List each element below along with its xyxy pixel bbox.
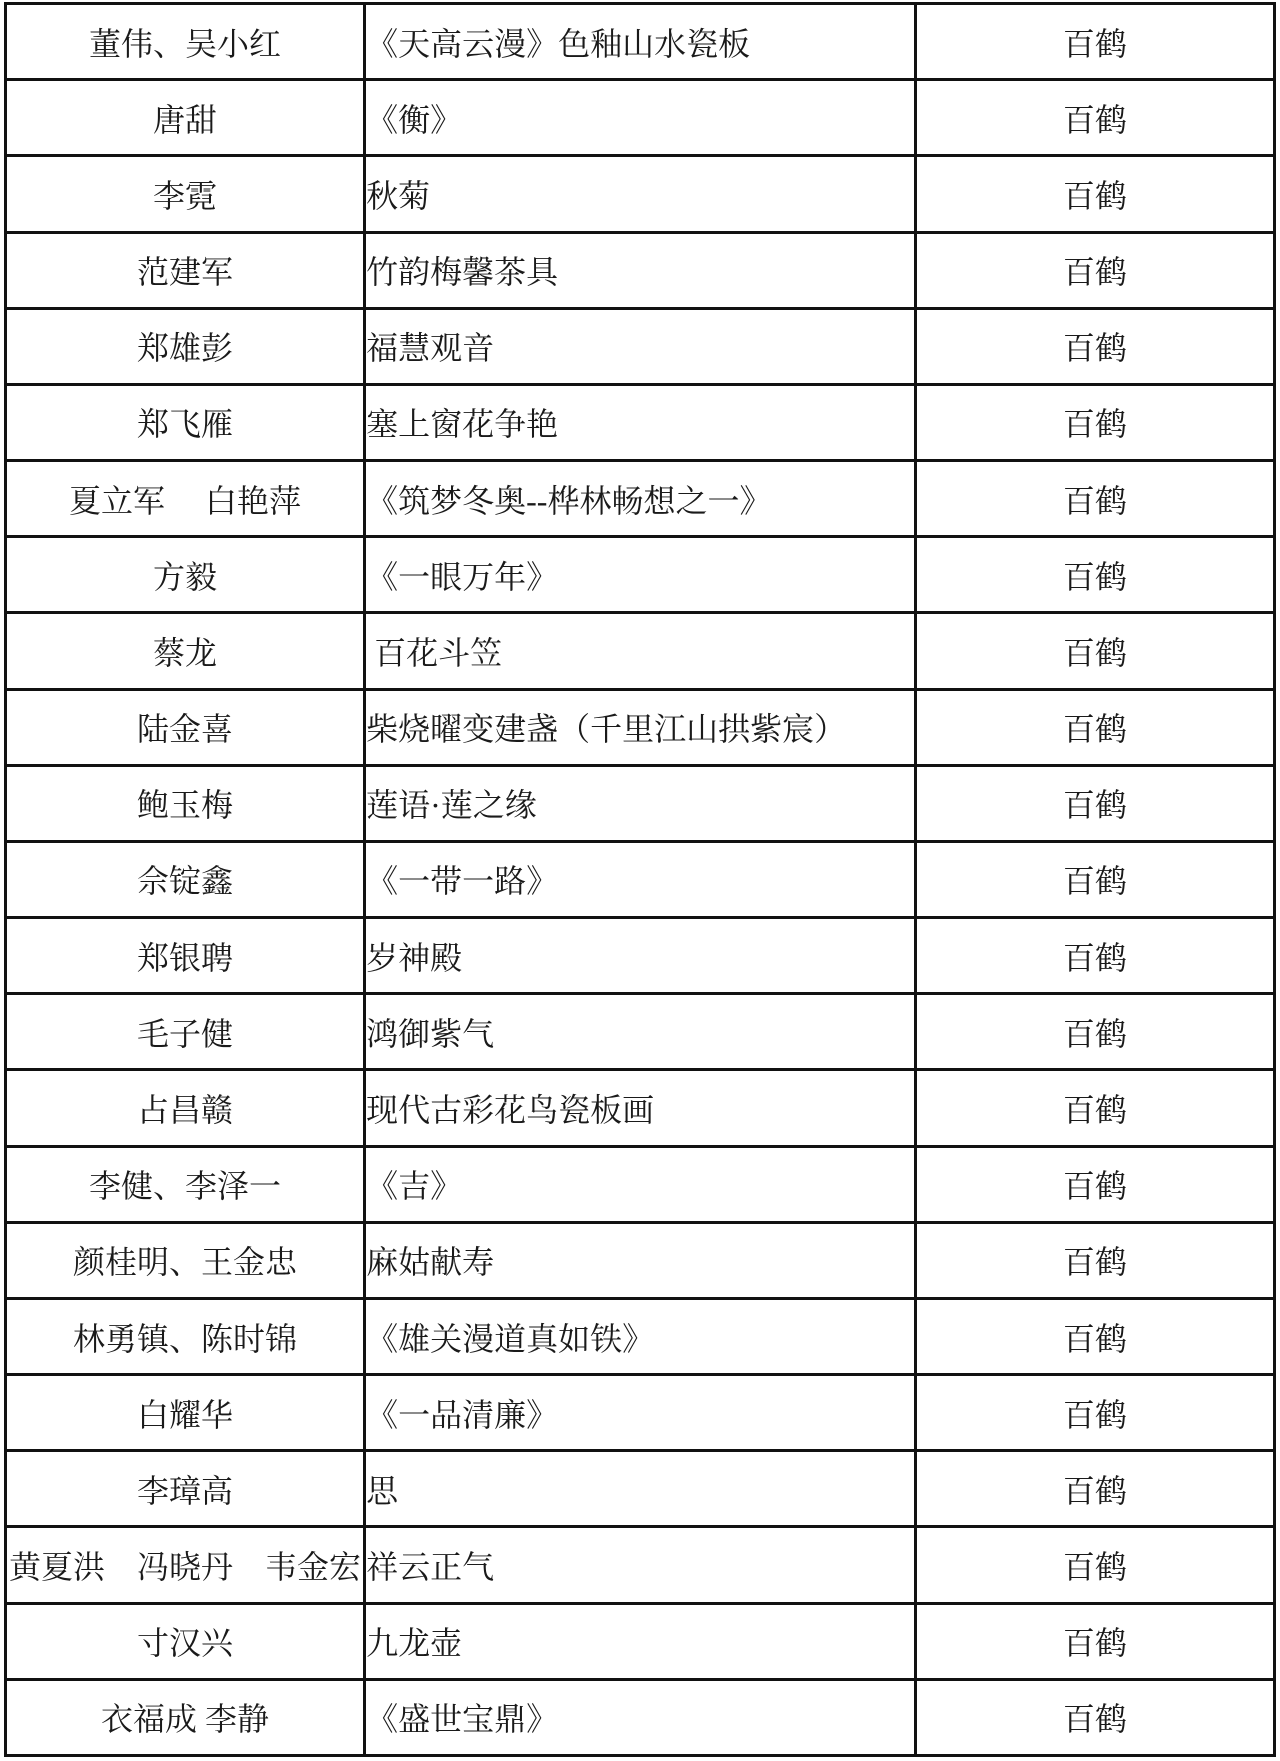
artist-name-cell: 寸汉兴 (6, 1603, 365, 1679)
artwork-title-cell: 祥云正气 (365, 1527, 916, 1603)
award-category-cell: 百鹤 (915, 4, 1274, 80)
award-category-cell: 百鹤 (915, 918, 1274, 994)
award-category-cell: 百鹤 (915, 156, 1274, 232)
table-row: 鲍玉梅 莲语·莲之缘 百鹤 (6, 765, 1275, 841)
artwork-title-cell: 福慧观音 (365, 308, 916, 384)
document-sheet: 董伟、吴小红 《天高云漫》色釉山水瓷板 百鹤 唐甜 《衡》 百鹤 李霓 秋菊 百… (4, 2, 1276, 1757)
artwork-title-cell: 《天高云漫》色釉山水瓷板 (365, 4, 916, 80)
award-category-cell: 百鹤 (915, 841, 1274, 917)
award-category-cell: 百鹤 (915, 994, 1274, 1070)
artwork-title-cell: 竹韵梅馨茶具 (365, 232, 916, 308)
table-row: 董伟、吴小红 《天高云漫》色釉山水瓷板 百鹤 (6, 4, 1275, 80)
table-row: 郑雄彭 福慧观音 百鹤 (6, 308, 1275, 384)
artwork-title-cell: 《筑梦冬奥--桦林畅想之一》 (365, 461, 916, 537)
artwork-title-cell: 《盛世宝鼎》 (365, 1679, 916, 1755)
award-category-cell: 百鹤 (915, 1070, 1274, 1146)
artist-name-cell: 李健、李泽一 (6, 1146, 365, 1222)
table-row: 黄夏洪 冯晓丹 韦金宏 祥云正气 百鹤 (6, 1527, 1275, 1603)
artist-name-cell: 唐甜 (6, 80, 365, 156)
artist-name-cell: 衣福成 李静 (6, 1679, 365, 1755)
table-row: 白耀华 《一品清廉》 百鹤 (6, 1375, 1275, 1451)
artwork-title-cell: 塞上窗花争艳 (365, 384, 916, 460)
award-category-cell: 百鹤 (915, 232, 1274, 308)
awards-table: 董伟、吴小红 《天高云漫》色釉山水瓷板 百鹤 唐甜 《衡》 百鹤 李霓 秋菊 百… (4, 2, 1276, 1757)
artist-name-cell: 夏立军 白艳萍 (6, 461, 365, 537)
artist-name-cell: 郑飞雁 (6, 384, 365, 460)
artwork-title-cell: 鸿御紫气 (365, 994, 916, 1070)
artist-name-cell: 蔡龙 (6, 613, 365, 689)
award-category-cell: 百鹤 (915, 613, 1274, 689)
award-category-cell: 百鹤 (915, 1603, 1274, 1679)
artwork-title-cell: 《吉》 (365, 1146, 916, 1222)
artwork-title-cell: 《一带一路》 (365, 841, 916, 917)
artwork-title-cell: 秋菊 (365, 156, 916, 232)
award-category-cell: 百鹤 (915, 1222, 1274, 1298)
award-category-cell: 百鹤 (915, 1146, 1274, 1222)
artist-name-cell: 范建军 (6, 232, 365, 308)
artwork-title-cell: 柴烧曜变建盏（千里江山拱紫宸） (365, 689, 916, 765)
award-category-cell: 百鹤 (915, 1679, 1274, 1755)
table-row: 李霓 秋菊 百鹤 (6, 156, 1275, 232)
award-category-cell: 百鹤 (915, 537, 1274, 613)
award-category-cell: 百鹤 (915, 80, 1274, 156)
table-row: 郑银聘 岁神殿 百鹤 (6, 918, 1275, 994)
artist-name-cell: 方毅 (6, 537, 365, 613)
table-row: 李健、李泽一 《吉》 百鹤 (6, 1146, 1275, 1222)
artist-name-cell: 陆金喜 (6, 689, 365, 765)
artist-name-cell: 林勇镇、陈时锦 (6, 1298, 365, 1374)
artist-name-cell: 郑雄彭 (6, 308, 365, 384)
table-row: 陆金喜 柴烧曜变建盏（千里江山拱紫宸） 百鹤 (6, 689, 1275, 765)
artwork-title-cell: 现代古彩花鸟瓷板画 (365, 1070, 916, 1146)
artist-name-cell: 颜桂明、王金忠 (6, 1222, 365, 1298)
award-category-cell: 百鹤 (915, 384, 1274, 460)
award-category-cell: 百鹤 (915, 461, 1274, 537)
artwork-title-cell: 麻姑献寿 (365, 1222, 916, 1298)
table-row: 衣福成 李静 《盛世宝鼎》 百鹤 (6, 1679, 1275, 1755)
artist-name-cell: 毛子健 (6, 994, 365, 1070)
artwork-title-cell: 莲语·莲之缘 (365, 765, 916, 841)
table-row: 寸汉兴 九龙壶 百鹤 (6, 1603, 1275, 1679)
award-category-cell: 百鹤 (915, 308, 1274, 384)
table-row: 李璋高 思 百鹤 (6, 1451, 1275, 1527)
artwork-title-cell: 思 (365, 1451, 916, 1527)
awards-table-body: 董伟、吴小红 《天高云漫》色釉山水瓷板 百鹤 唐甜 《衡》 百鹤 李霓 秋菊 百… (6, 4, 1275, 1756)
artist-name-cell: 董伟、吴小红 (6, 4, 365, 80)
award-category-cell: 百鹤 (915, 1451, 1274, 1527)
table-row: 颜桂明、王金忠 麻姑献寿 百鹤 (6, 1222, 1275, 1298)
table-row: 郑飞雁 塞上窗花争艳 百鹤 (6, 384, 1275, 460)
award-category-cell: 百鹤 (915, 765, 1274, 841)
artwork-title-cell: 《一品清廉》 (365, 1375, 916, 1451)
artist-name-cell: 佘锭鑫 (6, 841, 365, 917)
artist-name-cell: 李霓 (6, 156, 365, 232)
artwork-title-cell: 百花斗笠 (365, 613, 916, 689)
artist-name-cell: 郑银聘 (6, 918, 365, 994)
award-category-cell: 百鹤 (915, 1527, 1274, 1603)
table-row: 佘锭鑫 《一带一路》 百鹤 (6, 841, 1275, 917)
artist-name-cell: 鲍玉梅 (6, 765, 365, 841)
table-row: 唐甜 《衡》 百鹤 (6, 80, 1275, 156)
award-category-cell: 百鹤 (915, 689, 1274, 765)
table-row: 范建军 竹韵梅馨茶具 百鹤 (6, 232, 1275, 308)
table-row: 夏立军 白艳萍 《筑梦冬奥--桦林畅想之一》 百鹤 (6, 461, 1275, 537)
artist-name-cell: 李璋高 (6, 1451, 365, 1527)
award-category-cell: 百鹤 (915, 1375, 1274, 1451)
artwork-title-cell: 《雄关漫道真如铁》 (365, 1298, 916, 1374)
table-row: 林勇镇、陈时锦 《雄关漫道真如铁》 百鹤 (6, 1298, 1275, 1374)
award-category-cell: 百鹤 (915, 1298, 1274, 1374)
artwork-title-cell: 《一眼万年》 (365, 537, 916, 613)
artist-name-cell: 占昌赣 (6, 1070, 365, 1146)
artwork-title-cell: 九龙壶 (365, 1603, 916, 1679)
table-row: 毛子健 鸿御紫气 百鹤 (6, 994, 1275, 1070)
artist-name-cell: 黄夏洪 冯晓丹 韦金宏 (6, 1527, 365, 1603)
table-row: 蔡龙 百花斗笠 百鹤 (6, 613, 1275, 689)
artwork-title-cell: 《衡》 (365, 80, 916, 156)
table-row: 方毅 《一眼万年》 百鹤 (6, 537, 1275, 613)
artist-name-cell: 白耀华 (6, 1375, 365, 1451)
table-row: 占昌赣 现代古彩花鸟瓷板画 百鹤 (6, 1070, 1275, 1146)
artwork-title-cell: 岁神殿 (365, 918, 916, 994)
